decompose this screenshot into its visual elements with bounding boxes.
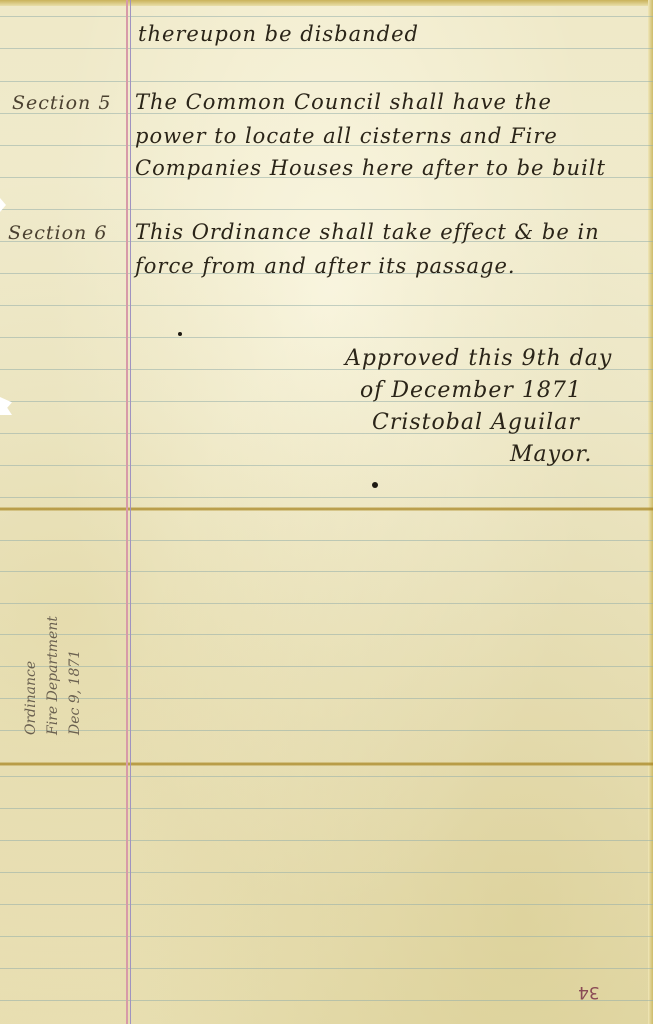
text-line: thereupon be disbanded: [138, 22, 419, 46]
section-label: Section 5: [12, 92, 111, 114]
page-number: 34: [578, 982, 600, 1002]
text-line: This Ordinance shall take effect & be in: [135, 220, 600, 244]
ruled-line: [0, 1000, 653, 1001]
text-line: power to locate all cisterns and Fire: [135, 124, 558, 148]
ruled-line: [0, 540, 653, 541]
text-line: force from and after its passage.: [135, 254, 516, 278]
text-line: The Common Council shall have the: [135, 90, 552, 114]
ruled-line: [0, 603, 653, 604]
paper-right-edge: [648, 0, 653, 1024]
ruled-line: [0, 48, 653, 49]
approval-line: Approved this 9th day: [345, 346, 612, 371]
ruled-line: [0, 666, 653, 667]
ruled-line: [0, 808, 653, 809]
docket-line: Dec 9, 1871: [64, 616, 86, 735]
margin-line: [130, 0, 131, 1024]
paper-top-edge: [0, 0, 653, 6]
text-line: Companies Houses here after to be built: [135, 156, 606, 180]
ruled-line: [0, 840, 653, 841]
ruled-line: [0, 730, 653, 731]
ruled-line: [0, 337, 653, 338]
ruled-line: [0, 872, 653, 873]
ruled-line: [0, 305, 653, 306]
ruled-line: [0, 209, 653, 210]
fold-crease: [0, 507, 653, 511]
ruled-line: [0, 968, 653, 969]
mayor-signature: Cristobal Aguilar: [372, 410, 580, 435]
ruled-line: [0, 776, 653, 777]
ink-dot: [178, 332, 182, 336]
docket-line: Ordinance: [20, 616, 42, 735]
ruled-line: [0, 936, 653, 937]
fold-crease: [0, 762, 653, 766]
document-page: thereupon be disbanded Section 5 The Com…: [0, 0, 653, 1024]
ruled-line: [0, 904, 653, 905]
docket-line: Fire Department: [42, 616, 64, 735]
mayor-title: Mayor.: [510, 442, 592, 467]
ruled-line: [0, 571, 653, 572]
docket-note: Ordinance Fire Department Dec 9, 1871: [20, 616, 86, 735]
margin-line: [126, 0, 128, 1024]
approval-date-line: of December 1871: [360, 378, 582, 403]
ruled-line: [0, 16, 653, 17]
section-label: Section 6: [8, 222, 107, 244]
ink-dot: [372, 482, 378, 488]
ruled-line: [0, 698, 653, 699]
ruled-line: [0, 497, 653, 498]
ruled-line: [0, 81, 653, 82]
torn-edge: [0, 397, 12, 415]
ruled-line: [0, 634, 653, 635]
